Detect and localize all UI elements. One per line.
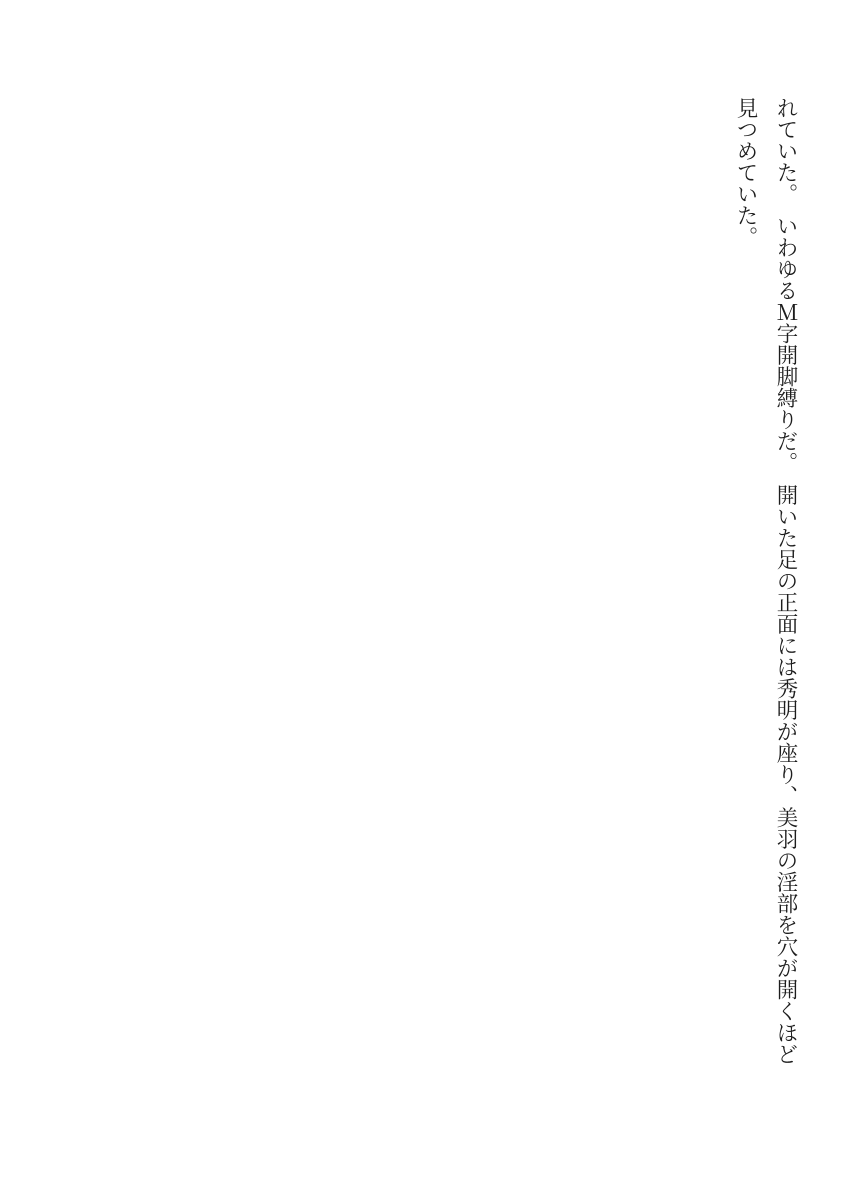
- page-text-block: れていた。 いわゆるＭ字開脚縛りだ。 開いた足の正面には秀明が座り、美羽の淫部を…: [726, 97, 806, 1107]
- text-line: 見つめていた。: [726, 97, 766, 1107]
- book-page: れていた。 いわゆるＭ字開脚縛りだ。 開いた足の正面には秀明が座り、美羽の淫部を…: [0, 0, 849, 1200]
- text-line: れていた。 いわゆるＭ字開脚縛りだ。 開いた足の正面には秀明が座り、美羽の淫部を…: [766, 97, 806, 1107]
